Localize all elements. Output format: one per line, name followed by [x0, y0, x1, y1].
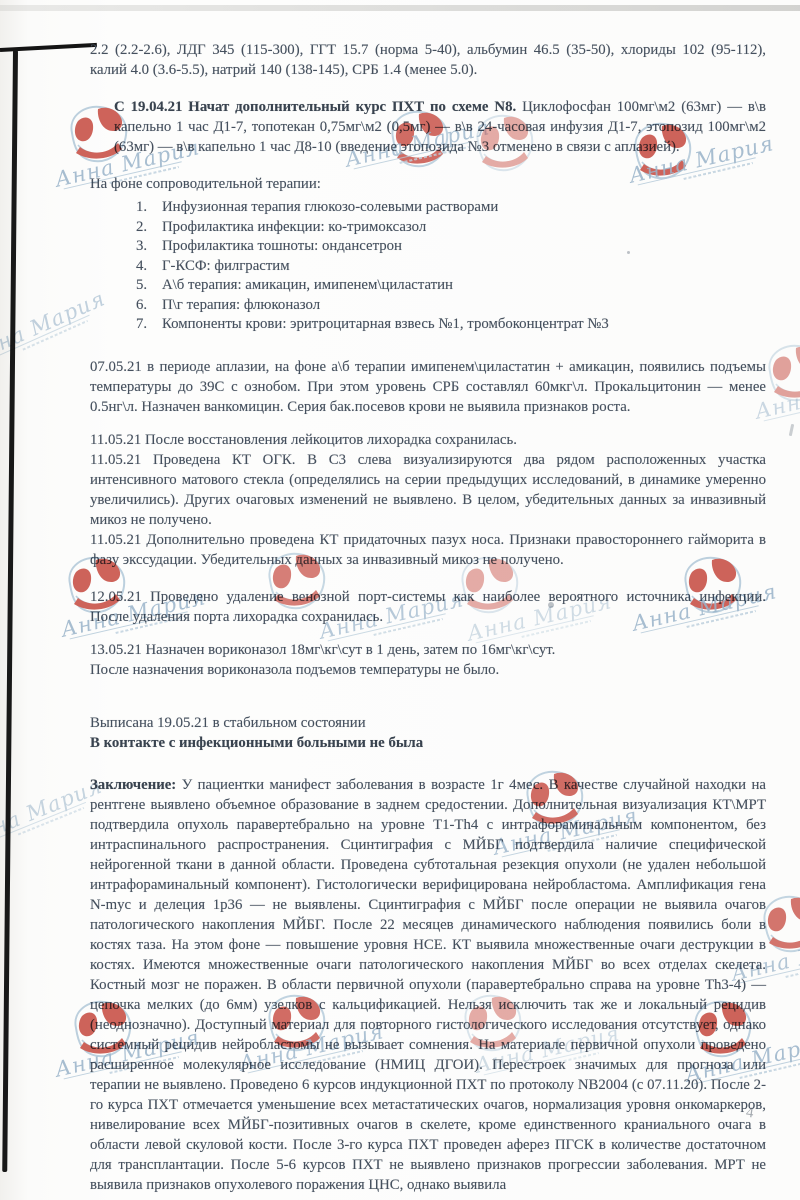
list-item-number: 3.: [136, 237, 162, 257]
paragraph: 11.05.21 После восстановления лейкоцитов…: [90, 430, 766, 450]
watermark-tiny-line: [18, 807, 84, 835]
scanned-medical-report-page: Анна Мария Анна Мария Анна Мария Анна Ма…: [0, 0, 800, 1200]
paragraph: После назначения вориконазола подъемов т…: [90, 660, 766, 680]
paragraph: Заключение: У пациентки манифест заболев…: [90, 775, 766, 1195]
list-item: 4.Г-КСФ: филграстим: [136, 257, 766, 277]
list-item: 2.Профилактика инфекции: ко-тримоксазол: [136, 218, 766, 238]
paragraph: 13.05.21 Назначен вориконазол 18мг\кг\су…: [90, 640, 766, 660]
paragraph-text: В контакте с инфекционными больными не б…: [90, 735, 423, 751]
paragraph-text: После назначения вориконазола подъемов т…: [90, 662, 499, 678]
list-item-text: Компоненты крови: эритроцитарная взвесь …: [162, 316, 609, 332]
paragraph: 11.05.21 Дополнительно проведена КТ прид…: [90, 530, 766, 570]
scan-edge-mark: [789, 424, 794, 436]
scan-edge-left: [2, 50, 18, 1172]
paragraph: С 19.04.21 Начат дополнительный курс ПХТ…: [114, 97, 766, 157]
list-item-number: 4.: [136, 257, 162, 277]
paragraph-text: У пациентки манифест заболевания в возра…: [90, 777, 766, 1193]
list-item-number: 7.: [136, 315, 162, 335]
list-item: 3.Профилактика тошноты: ондансетрон: [136, 237, 766, 257]
paragraph-lead: Заключение:: [90, 777, 176, 793]
paragraph: 11.05.21 Проведена КТ ОГК. В С3 слева ви…: [90, 450, 766, 530]
watermark-flourish: [764, 393, 800, 421]
list-item: 1.Инфузионная терапия глюкозо-солевыми р…: [136, 198, 766, 218]
watermark-tiny-line: [785, 960, 800, 978]
paragraph-text: 11.05.21 Проведена КТ ОГК. В С3 слева ви…: [90, 452, 766, 528]
paragraph-lead: С 19.04.21 Начат дополнительный курс ПХТ…: [114, 99, 516, 115]
paragraph-text: 13.05.21 Назначен вориконазол 18мг\кг\су…: [90, 642, 555, 658]
list-item-number: 1.: [136, 198, 162, 218]
paragraph: На фоне сопроводительной терапии:: [90, 174, 766, 194]
list-item-number: 6.: [136, 296, 162, 316]
list-item-text: Профилактика тошноты: ондансетрон: [162, 238, 402, 254]
list-item: 7.Компоненты крови: эритроцитарная взвес…: [136, 315, 766, 335]
paragraph: 07.05.21 в периоде аплазии, на фоне а\б …: [90, 357, 766, 417]
list-item-text: Инфузионная терапия глюкозо-солевыми рас…: [162, 199, 498, 215]
list-item-text: Профилактика инфекции: ко-тримоксазол: [162, 219, 426, 235]
list-item-text: Г-КСФ: филграстим: [162, 258, 290, 274]
therapy-list: 1.Инфузионная терапия глюкозо-солевыми р…: [136, 198, 766, 335]
paragraph-text: 11.05.21 После восстановления лейкоцитов…: [90, 432, 517, 448]
list-item-number: 2.: [136, 218, 162, 238]
watermark-tiny-line: [22, 320, 88, 351]
watermark-flourish: [0, 802, 86, 848]
charity-logo-heart-icon: [762, 342, 800, 404]
paragraph: 2.2 (2.2-2.6), ЛДГ 345 (115-300), ГГТ 15…: [90, 40, 766, 80]
paragraph: В контакте с инфекционными больными не б…: [90, 733, 766, 753]
paragraph-text: 2.2 (2.2-2.6), ЛДГ 345 (115-300), ГГТ 15…: [90, 42, 766, 78]
list-item: 5.А\б терапия: амикацин, имипенем\циласт…: [136, 276, 766, 296]
paragraph-text: 07.05.21 в периоде аплазии, на фоне а\б …: [90, 359, 766, 415]
paragraph: 12.05.21 Проведено удаление венозной пор…: [90, 587, 766, 627]
scan-top-streak: [0, 5, 800, 11]
paragraph-text: На фоне сопроводительной терапии:: [90, 176, 321, 192]
list-item-text: П\г терапия: флюконазол: [162, 297, 320, 313]
paragraph-text: 12.05.21 Проведено удаление венозной пор…: [90, 589, 766, 625]
list-item: 6.П\г терапия: флюконазол: [136, 296, 766, 316]
paragraph: Выписана 19.05.21 в стабильном состоянии: [90, 713, 766, 733]
paragraph-text: 11.05.21 Дополнительно проведена КТ прид…: [90, 532, 766, 568]
list-item-text: А\б терапия: амикацин, имипенем\циластат…: [162, 277, 453, 293]
list-item-number: 5.: [136, 276, 162, 296]
paragraph-text: Выписана 19.05.21 в стабильном состоянии: [90, 715, 366, 731]
document-body: 2.2 (2.2-2.6), ЛДГ 345 (115-300), ГГТ 15…: [90, 40, 766, 1195]
